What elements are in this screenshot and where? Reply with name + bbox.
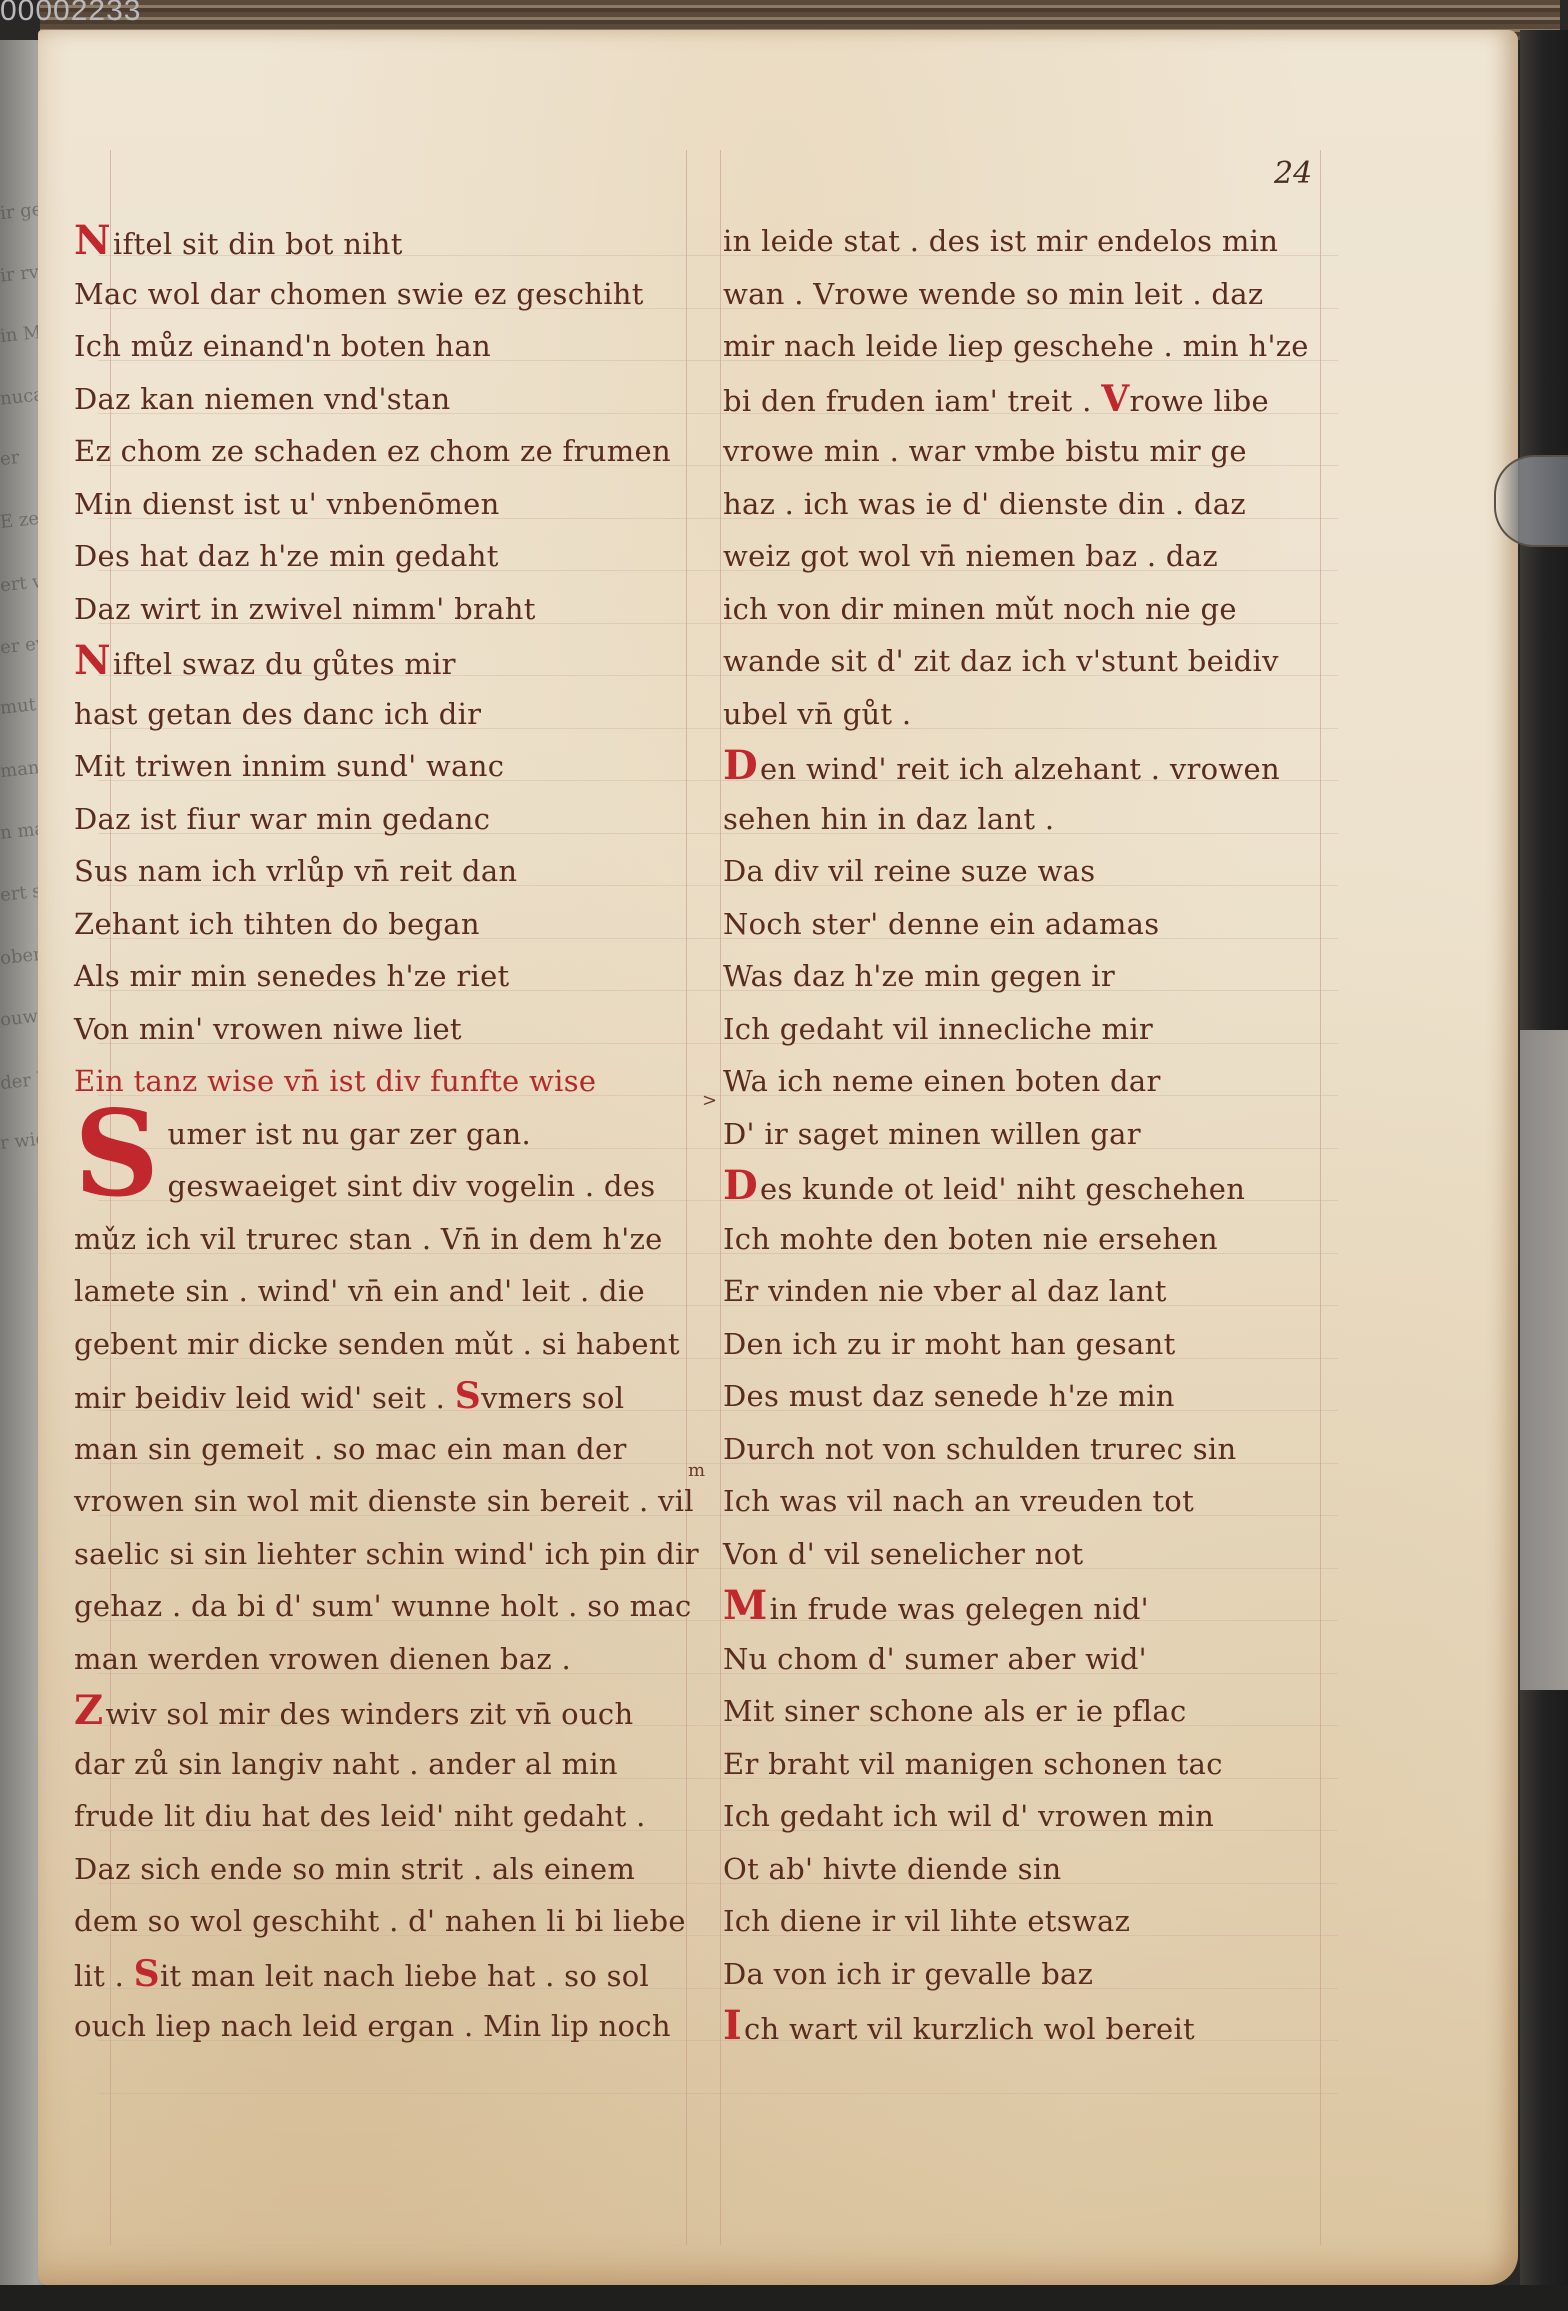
line-text: mǔz ich vil trurec stan . Vn̄ in dem h'z… xyxy=(74,1222,663,1256)
facing-page-text: mut xyxy=(0,694,37,719)
text-line: Den ich zu ir moht han gesant xyxy=(723,1318,1343,1371)
text-line: mǔz ich vil trurec stan . Vn̄ in dem h'z… xyxy=(74,1213,714,1266)
text-line: man sin gemeit . so mac ein man der xyxy=(74,1423,714,1476)
line-text: Durch not von schulden trurec sin xyxy=(723,1432,1236,1466)
text-line: Niftel sit din bot niht xyxy=(74,215,714,268)
line-text: dar zů sin langiv naht . ander al min xyxy=(74,1747,618,1781)
manuscript-page: 24 Niftel sit din bot nihtMac wol dar ch… xyxy=(38,30,1518,2285)
rubricated-initial: M xyxy=(723,1580,768,1633)
text-line: hast getan des danc ich dir xyxy=(74,688,714,741)
text-line: wan . Vrowe wende so min leit . daz xyxy=(723,268,1343,321)
line-text: ich von dir minen mǔt noch nie ge xyxy=(723,592,1237,626)
text-line: Von d' vil senelicher not xyxy=(723,1528,1343,1581)
text-line: Ich gedaht ich wil d' vrowen min xyxy=(723,1790,1343,1843)
text-line: Daz kan niemen vnd'stan xyxy=(74,373,714,426)
line-text: mir beidiv leid wid' seit . xyxy=(74,1381,445,1415)
line-text: ouch liep nach leid ergan . Min lip noch xyxy=(74,2009,671,2043)
line-text: wande sit d' zit daz ich v'stunt beidiv xyxy=(723,644,1279,678)
rubricated-paragraph-initial: S xyxy=(455,1375,481,1417)
text-line: Ich was vil nach an vreuden tot xyxy=(723,1475,1343,1528)
line-text: vrowe min . war vmbe bistu mir ge xyxy=(723,434,1247,468)
line-text: Zehant ich tihten do began xyxy=(74,907,480,941)
right-text-column: in leide stat . des ist mir endelos minw… xyxy=(723,215,1343,2053)
line-text: Von min' vrowen niwe liet xyxy=(74,1012,462,1046)
text-line: Durch not von schulden trurec sin xyxy=(723,1423,1343,1476)
text-line: Daz sich ende so min strit . als einem xyxy=(74,1843,714,1896)
text-line: Ez chom ze schaden ez chom ze frumen xyxy=(74,425,714,478)
line-text: lamete sin . wind' vn̄ ein and' leit . d… xyxy=(74,1274,645,1308)
line-text: Ein tanz wise vn̄ ist div funfte wise xyxy=(74,1064,596,1098)
rubricated-initial: D xyxy=(723,740,758,793)
rubric-heading: Ein tanz wise vn̄ ist div funfte wise xyxy=(74,1055,714,1108)
line-text: Da div vil reine suze was xyxy=(723,854,1095,888)
rubricated-initial: N xyxy=(74,215,111,268)
line-text: Ich gedaht ich wil d' vrowen min xyxy=(723,1799,1214,1833)
text-line: ich von dir minen mǔt noch nie ge xyxy=(723,583,1343,636)
text-line: sehen hin in daz lant . xyxy=(723,793,1343,846)
text-line: Sumer ist nu gar zer gan. xyxy=(74,1108,714,1161)
text-line: lamete sin . wind' vn̄ ein and' leit . d… xyxy=(74,1265,714,1318)
line-text: man werden vrowen dienen baz . xyxy=(74,1642,571,1676)
line-text: Nu chom d' sumer aber wid' xyxy=(723,1642,1147,1676)
line-text: mir nach leide liep geschehe . min h'ze xyxy=(723,329,1309,363)
text-line: ouch liep nach leid ergan . Min lip noch xyxy=(74,2000,714,2053)
margin-mark: > xyxy=(702,1090,717,1111)
text-line: ubel vn̄ gůt . xyxy=(723,688,1343,741)
line-text-continued: rowe libe xyxy=(1129,384,1269,418)
line-text-continued: it man leit nach liebe hat . so sol xyxy=(160,1959,649,1993)
text-line: haz . ich was ie d' dienste din . daz xyxy=(723,478,1343,531)
bottom-shadow xyxy=(0,2285,1568,2311)
text-line: bi den fruden iam' treit . Vrowe libe xyxy=(723,373,1343,426)
line-text: in leide stat . des ist mir endelos min xyxy=(723,224,1278,258)
rubricated-initial: I xyxy=(723,2000,742,2053)
text-line: Da div vil reine suze was xyxy=(723,845,1343,898)
line-text: frude lit diu hat des leid' niht gedaht … xyxy=(74,1799,646,1833)
line-text: Daz wirt in zwivel nimm' braht xyxy=(74,592,536,626)
line-text: Mac wol dar chomen swie ez geschiht xyxy=(74,277,644,311)
text-line: mir beidiv leid wid' seit . Svmers sol xyxy=(74,1370,714,1423)
text-line: man werden vrowen dienen baz . xyxy=(74,1633,714,1686)
line-text: vrowen sin wol mit dienste sin bereit . … xyxy=(74,1484,694,1518)
facing-page-text: er xyxy=(0,447,20,470)
text-line: in leide stat . des ist mir endelos min xyxy=(723,215,1343,268)
text-line: Wa ich neme einen boten dar xyxy=(723,1055,1343,1108)
line-text: Als mir min senedes h'ze riet xyxy=(74,959,510,993)
line-text: Daz sich ende so min strit . als einem xyxy=(74,1852,635,1886)
rubricated-initial: D xyxy=(723,1160,758,1213)
text-line: Noch ster' denne ein adamas xyxy=(723,898,1343,951)
text-line: Er vinden nie vber al daz lant xyxy=(723,1265,1343,1318)
line-text: sehen hin in daz lant . xyxy=(723,802,1054,836)
text-line: lit . Sit man leit nach liebe hat . so s… xyxy=(74,1948,714,2001)
rubricated-paragraph-initial: S xyxy=(134,1953,160,1995)
line-text: Ez chom ze schaden ez chom ze frumen xyxy=(74,434,671,468)
scan-image-number: 00002233 xyxy=(0,0,141,28)
bookmark-tab xyxy=(1494,455,1568,547)
text-line: Des kunde ot leid' niht geschehen xyxy=(723,1160,1343,1213)
line-text: Min dienst ist u' vnbenōmen xyxy=(74,487,500,521)
text-line: weiz got wol vn̄ niemen baz . daz xyxy=(723,530,1343,583)
line-text: saelic si sin liehter schin wind' ich pi… xyxy=(74,1537,699,1571)
text-line: Was daz h'ze min gegen ir xyxy=(723,950,1343,1003)
line-text: Was daz h'ze min gegen ir xyxy=(723,959,1115,993)
text-line: mir nach leide liep geschehe . min h'ze xyxy=(723,320,1343,373)
backing-board xyxy=(1520,1030,1568,1690)
text-line: Ot ab' hivte diende sin xyxy=(723,1843,1343,1896)
text-line: Nu chom d' sumer aber wid' xyxy=(723,1633,1343,1686)
text-line: Des hat daz h'ze min gedaht xyxy=(74,530,714,583)
text-line: Zwiv sol mir des winders zit vn̄ ouch xyxy=(74,1685,714,1738)
line-text: lit . xyxy=(74,1959,124,1993)
rubricated-initial: S xyxy=(74,1104,160,1204)
text-line: vrowen sin wol mit dienste sin bereit . … xyxy=(74,1475,714,1528)
line-text: en wind' reit ich alzehant . vrowen xyxy=(760,752,1280,786)
text-line: Min dienst ist u' vnbenōmen xyxy=(74,478,714,531)
text-line: D' ir saget minen willen gar xyxy=(723,1108,1343,1161)
text-line: Da von ich ir gevalle baz xyxy=(723,1948,1343,2001)
rubricated-initial: Z xyxy=(74,1685,104,1738)
text-line: Ich wart vil kurzlich wol bereit xyxy=(723,2000,1343,2053)
line-text: weiz got wol vn̄ niemen baz . daz xyxy=(723,539,1218,573)
text-line: vrowe min . war vmbe bistu mir ge xyxy=(723,425,1343,478)
text-line: Niftel swaz du gůtes mir xyxy=(74,635,714,688)
line-text: haz . ich was ie d' dienste din . daz xyxy=(723,487,1246,521)
line-text: Er vinden nie vber al daz lant xyxy=(723,1274,1167,1308)
rubricated-initial: N xyxy=(74,635,111,688)
line-text: Ich mohte den boten nie ersehen xyxy=(723,1222,1218,1256)
line-text: Von d' vil senelicher not xyxy=(723,1537,1083,1571)
text-line: Den wind' reit ich alzehant . vrowen xyxy=(723,740,1343,793)
line-text: Ich diene ir vil lihte etswaz xyxy=(723,1904,1130,1938)
text-line: Ich diene ir vil lihte etswaz xyxy=(723,1895,1343,1948)
line-text: Noch ster' denne ein adamas xyxy=(723,907,1159,941)
rubricated-paragraph-initial: V xyxy=(1101,378,1129,420)
line-text: gebent mir dicke senden mǔt . si habent xyxy=(74,1327,680,1361)
line-text: Mit triwen innim sund' wanc xyxy=(74,749,504,783)
text-line: gehaz . da bi d' sum' wunne holt . so ma… xyxy=(74,1580,714,1633)
line-text: D' ir saget minen willen gar xyxy=(723,1117,1141,1151)
text-line: wande sit d' zit daz ich v'stunt beidiv xyxy=(723,635,1343,688)
text-line: Mit siner schone als er ie pflac xyxy=(723,1685,1343,1738)
text-line: Als mir min senedes h'ze riet xyxy=(74,950,714,1003)
text-line: gebent mir dicke senden mǔt . si habent xyxy=(74,1318,714,1371)
line-text: Wa ich neme einen boten dar xyxy=(723,1064,1161,1098)
facing-page-text: in M xyxy=(0,322,42,347)
line-text: Des hat daz h'ze min gedaht xyxy=(74,539,499,573)
text-line: Daz wirt in zwivel nimm' braht xyxy=(74,583,714,636)
line-text: iftel swaz du gůtes mir xyxy=(113,647,456,681)
margin-mark: m xyxy=(688,1460,705,1481)
line-text: ch wart vil kurzlich wol bereit xyxy=(744,2012,1195,2046)
line-text: Ich gedaht vil innecliche mir xyxy=(723,1012,1153,1046)
text-line: Mit triwen innim sund' wanc xyxy=(74,740,714,793)
line-text-continued: vmers sol xyxy=(481,1381,624,1415)
line-text: Er braht vil manigen schonen tac xyxy=(723,1747,1223,1781)
text-line: Zehant ich tihten do began xyxy=(74,898,714,951)
line-text: hast getan des danc ich dir xyxy=(74,697,481,731)
text-line: dar zů sin langiv naht . ander al min xyxy=(74,1738,714,1791)
right-background-edge xyxy=(1520,30,1568,2311)
line-text: in frude was gelegen nid' xyxy=(770,1592,1149,1626)
text-line: Daz ist fiur war min gedanc xyxy=(74,793,714,846)
line-text: Daz ist fiur war min gedanc xyxy=(74,802,490,836)
text-line: frude lit diu hat des leid' niht gedaht … xyxy=(74,1790,714,1843)
text-line: Mac wol dar chomen swie ez geschiht xyxy=(74,268,714,321)
text-line: Sus nam ich vrlůp vn̄ reit dan xyxy=(74,845,714,898)
text-line: Ich mohte den boten nie ersehen xyxy=(723,1213,1343,1266)
text-line: saelic si sin liehter schin wind' ich pi… xyxy=(74,1528,714,1581)
line-text: Sus nam ich vrlůp vn̄ reit dan xyxy=(74,854,517,888)
line-text: dem so wol geschiht . d' nahen li bi lie… xyxy=(74,1904,686,1938)
line-text: wan . Vrowe wende so min leit . daz xyxy=(723,277,1263,311)
line-text: bi den fruden iam' treit . xyxy=(723,384,1092,418)
text-line: Min frude was gelegen nid' xyxy=(723,1580,1343,1633)
line-text: iftel sit din bot niht xyxy=(113,227,403,261)
line-text: Ich was vil nach an vreuden tot xyxy=(723,1484,1194,1518)
line-text: wiv sol mir des winders zit vn̄ ouch xyxy=(106,1697,634,1731)
left-text-column: Niftel sit din bot nihtMac wol dar chome… xyxy=(74,215,714,2053)
text-line: geswaeiget sint div vogelin . des xyxy=(74,1160,714,1213)
text-line: dem so wol geschiht . d' nahen li bi lie… xyxy=(74,1895,714,1948)
line-text: Ot ab' hivte diende sin xyxy=(723,1852,1061,1886)
line-text: Ich můz einand'n boten han xyxy=(74,329,491,363)
folio-number: 24 xyxy=(1274,156,1312,191)
facing-page-text: E ze xyxy=(0,508,40,533)
text-line: Ich můz einand'n boten han xyxy=(74,320,714,373)
line-text: umer ist nu gar zer gan. xyxy=(168,1117,531,1151)
line-text: gehaz . da bi d' sum' wunne holt . so ma… xyxy=(74,1589,692,1623)
line-text: ubel vn̄ gůt . xyxy=(723,697,911,731)
line-text: Den ich zu ir moht han gesant xyxy=(723,1327,1176,1361)
line-text: Daz kan niemen vnd'stan xyxy=(74,382,450,416)
line-text: Des must daz senede h'ze min xyxy=(723,1379,1175,1413)
ruling-line xyxy=(98,2093,1338,2094)
line-text: Da von ich ir gevalle baz xyxy=(723,1957,1093,1991)
text-line: Von min' vrowen niwe liet xyxy=(74,1003,714,1056)
line-text: geswaeiget sint div vogelin . des xyxy=(168,1169,656,1203)
line-text: es kunde ot leid' niht geschehen xyxy=(760,1172,1245,1206)
text-line: Des must daz senede h'ze min xyxy=(723,1370,1343,1423)
line-text: Mit siner schone als er ie pflac xyxy=(723,1694,1187,1728)
text-line: Er braht vil manigen schonen tac xyxy=(723,1738,1343,1791)
text-line: Ich gedaht vil innecliche mir xyxy=(723,1003,1343,1056)
line-text: man sin gemeit . so mac ein man der xyxy=(74,1432,627,1466)
